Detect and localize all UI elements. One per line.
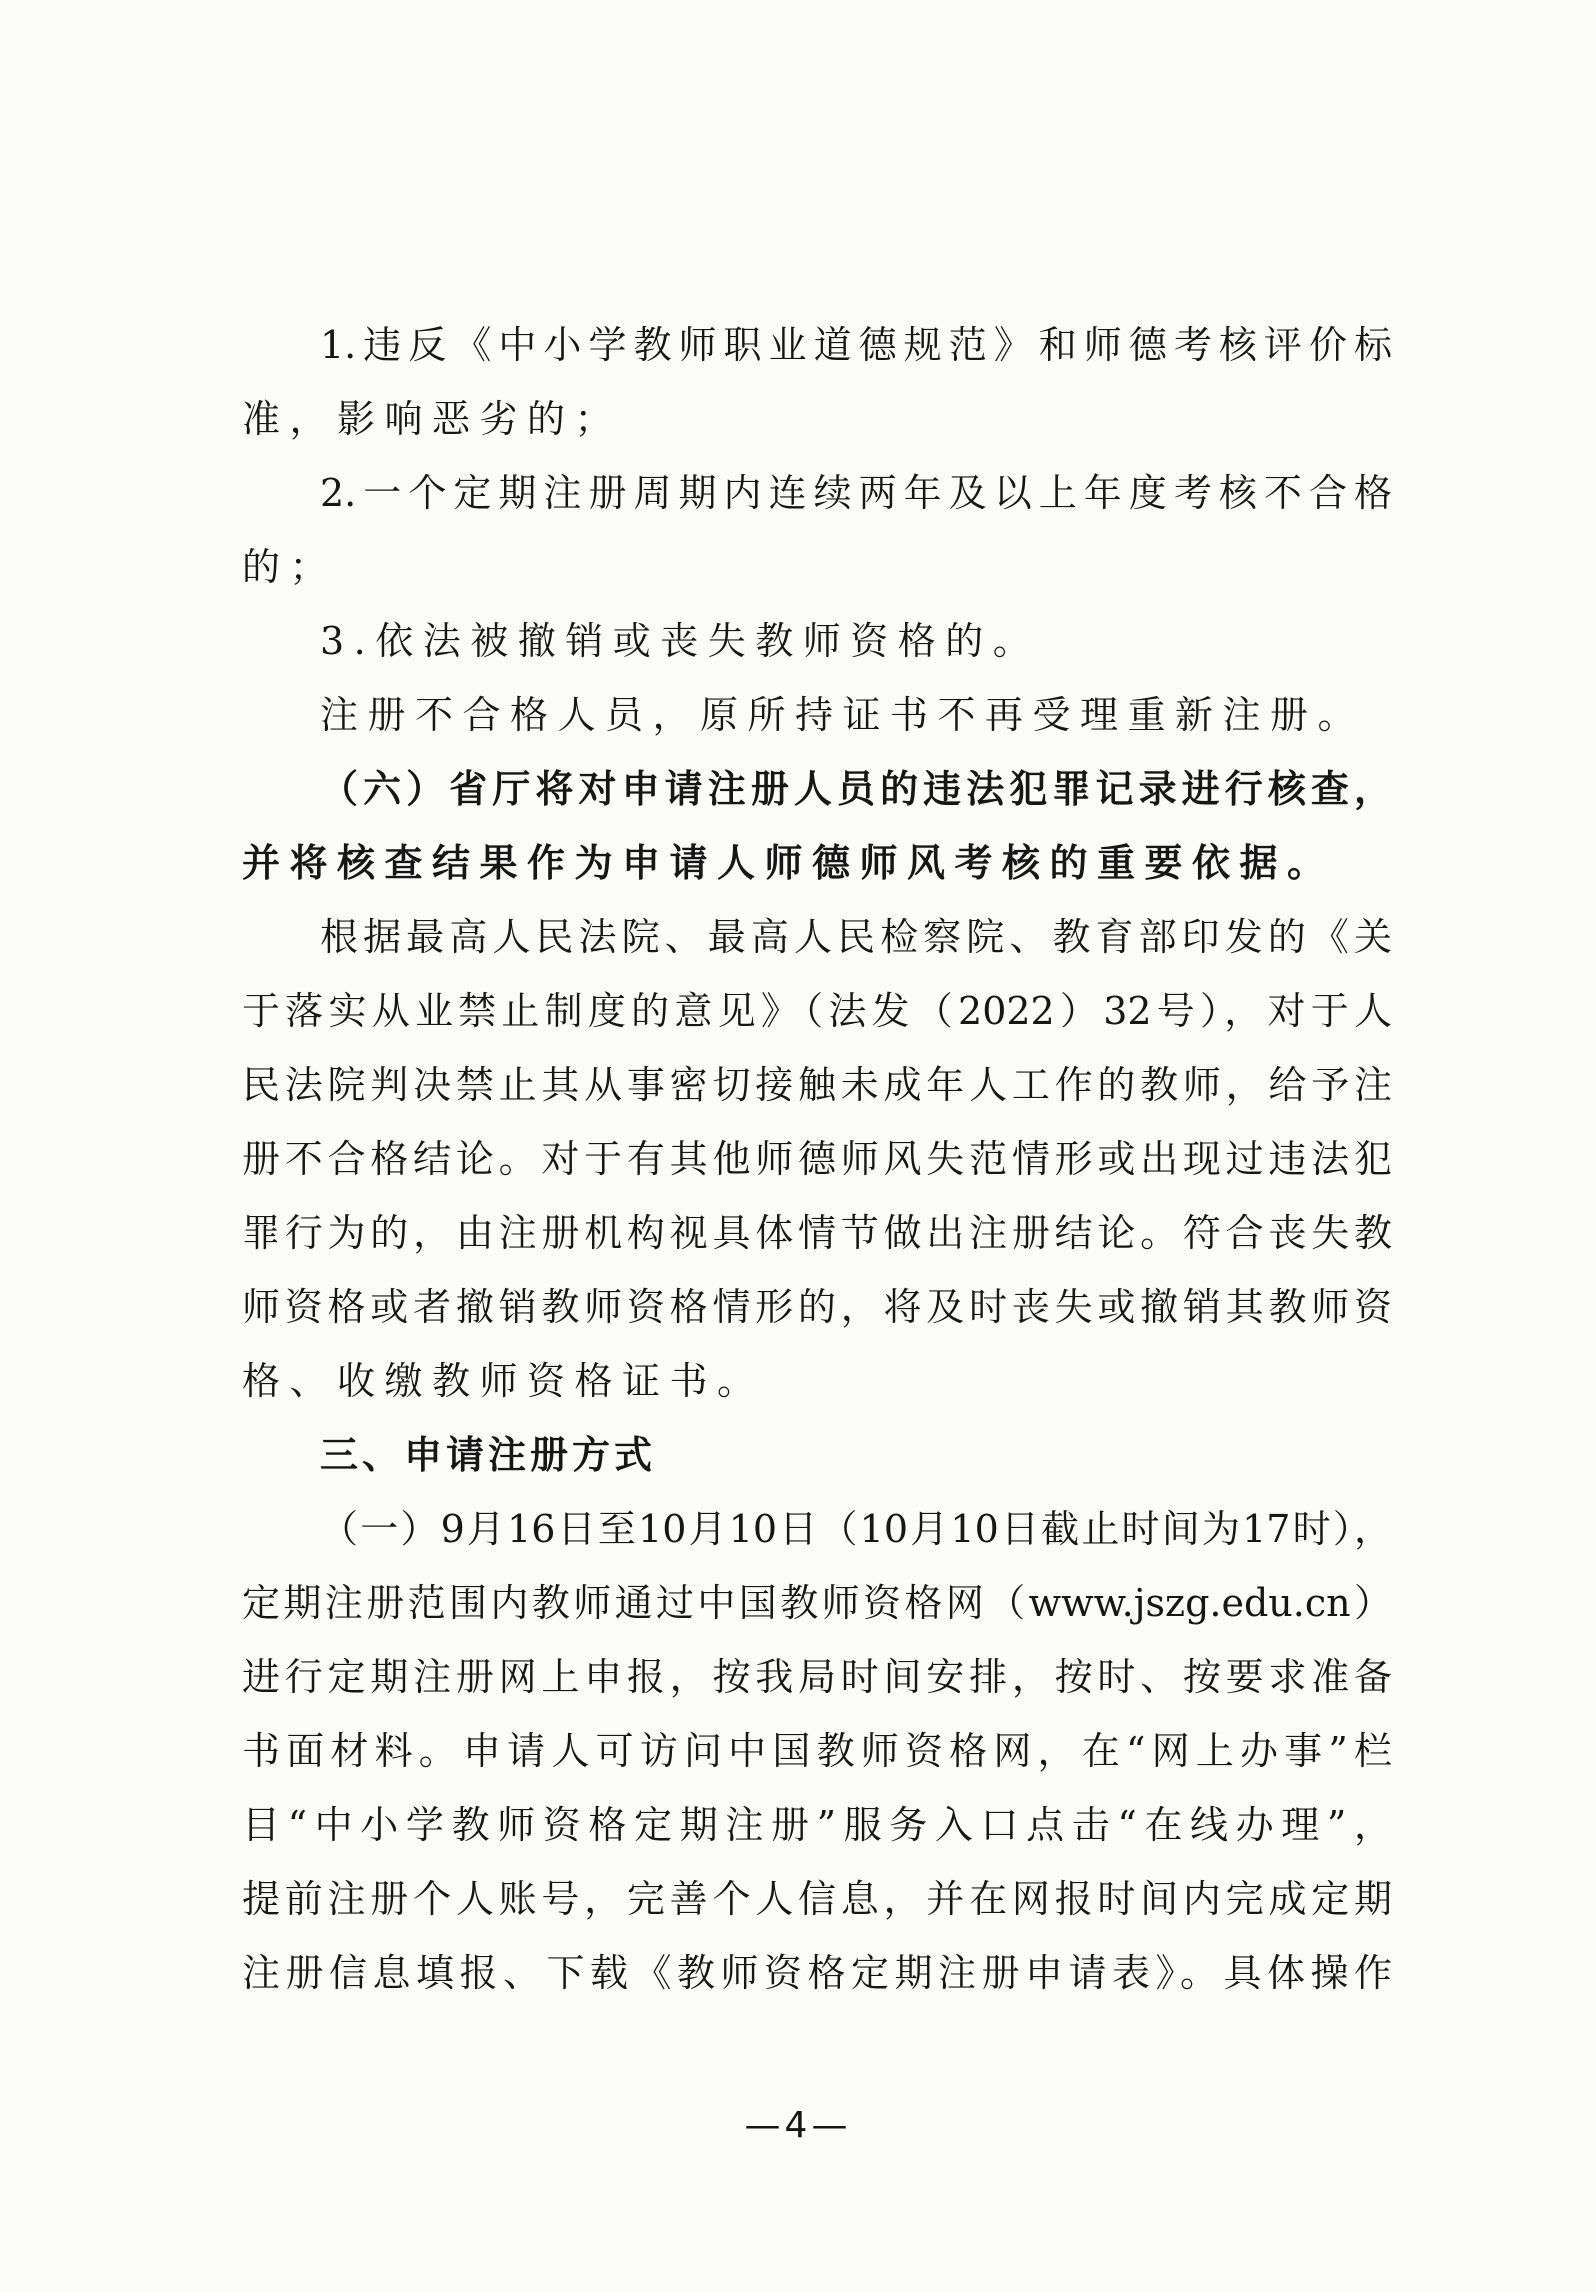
text-line: 目“中小学教师资格定期注册”服务入口点击“在线办理”， [242, 1800, 1392, 1850]
text-line: （一）9月16日至10月10日（10月10日截止时间为17时）， [320, 1504, 1392, 1554]
text-line: 准，影响恶劣的； [242, 394, 1392, 444]
text-line: 定期注册范围内教师通过中国教师资格网（www.jszg.edu.cn） [242, 1578, 1392, 1628]
text-line: 格、收缴教师资格证书。 [242, 1356, 1392, 1406]
text-line: 师资格或者撤销教师资格情形的，将及时丧失或撤销其教师资 [242, 1282, 1392, 1332]
page-number: —4— [0, 2105, 1596, 2146]
text-line: 注册不合格人员，原所持证书不再受理重新注册。 [320, 690, 1392, 740]
text-line: 罪行为的，由注册机构视具体情节做出注册结论。符合丧失教 [242, 1208, 1392, 1258]
text-line: 注册信息填报、下载《教师资格定期注册申请表》。具体操作 [242, 1948, 1392, 1998]
text-line: 1.违反《中小学教师职业道德规范》和师德考核评价标 [320, 320, 1392, 370]
text-line: 进行定期注册网上申报，按我局时间安排，按时、按要求准备 [242, 1652, 1392, 1702]
text-line: 册不合格结论。对于有其他师德师风失范情形或出现过违法犯 [242, 1134, 1392, 1184]
bold-text-line: 并将核查结果作为申请人师德师风考核的重要依据。 [242, 838, 1392, 888]
text-line: 的； [242, 542, 1392, 592]
text-line: 于落实从业禁止制度的意见》（法发（2022）32号），对于人 [242, 986, 1392, 1036]
document-page: 1.违反《中小学教师职业道德规范》和师德考核评价标 准，影响恶劣的； 2.一个定… [0, 0, 1596, 2292]
text-line: 民法院判决禁止其从事密切接触未成年人工作的教师，给予注 [242, 1060, 1392, 1110]
text-line: 提前注册个人账号，完善个人信息，并在网报时间内完成定期 [242, 1874, 1392, 1924]
text-line: 书面材料。申请人可访问中国教师资格网，在“网上办事”栏 [242, 1726, 1392, 1776]
text-line: 3.依法被撤销或丧失教师资格的。 [320, 616, 1392, 666]
text-line: 根据最高人民法院、最高人民检察院、教育部印发的《关 [320, 912, 1392, 962]
bold-text-line: （六）省厅将对申请注册人员的违法犯罪记录进行核查， [320, 764, 1392, 814]
text-line: 2.一个定期注册周期内连续两年及以上年度考核不合格 [320, 468, 1392, 518]
section-heading: 三、申请注册方式 [320, 1430, 1392, 1480]
